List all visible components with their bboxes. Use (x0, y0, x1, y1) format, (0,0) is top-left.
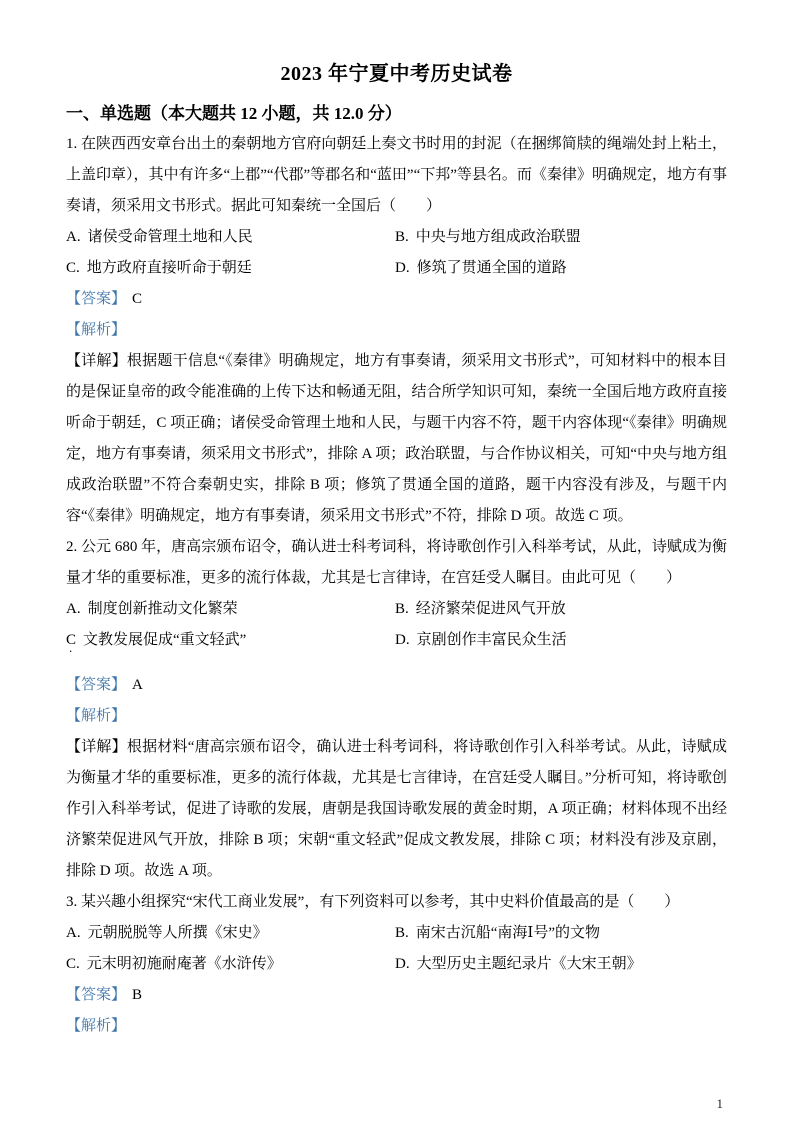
question-2-analysis-line: 【解析】 (66, 701, 727, 732)
option-text: 中央与地方组成政治联盟 (416, 229, 581, 245)
option-text: 元朝脱脱等人所撰《宋史》 (88, 925, 268, 941)
analysis-label: 【解析】 (66, 1018, 126, 1034)
question-1-answer-line: 【答案】C (66, 284, 727, 315)
option-text: 京剧创作丰富民众生活 (417, 632, 567, 648)
option-label: A. (66, 229, 81, 245)
exam-paper-page: 2023 年宁夏中考历史试卷 一、单选题（本大题共 12 小题，共 12.0 分… (0, 0, 793, 1122)
answer-label: 【答案】 (66, 291, 126, 307)
question-1: 1. 在陕西西安章台出土的秦朝地方官府向朝廷上奏文书时用的封泥（在捆绑简牍的绳端… (66, 129, 727, 532)
question-1-option-d: D.修筑了贯通全国的道路 (395, 253, 727, 284)
answer-value: A (132, 677, 143, 693)
option-text: 南宋古沉船“南海Ⅰ号”的文物 (416, 925, 600, 941)
question-1-detail: 【详解】根据题干信息“《秦律》明确规定，地方有事奏请，须采用文书形式”，可知材料… (66, 346, 727, 532)
option-label: B. (395, 229, 409, 245)
question-3-option-c: C.元末明初施耐庵著《水浒传》 (66, 949, 395, 980)
option-text: 经济繁荣促进风气开放 (416, 601, 566, 617)
question-1-option-a: A.诸侯受命管理土地和人民 (66, 222, 395, 253)
answer-label: 【答案】 (66, 987, 126, 1003)
question-2-stem: 2. 公元 680 年，唐高宗颁布诏令，确认进士科考词科，将诗歌创作引入科举考试… (66, 532, 727, 594)
question-3-answer-line: 【答案】B (66, 980, 727, 1011)
question-1-option-b: B.中央与地方组成政治联盟 (395, 222, 727, 253)
option-label: D. (395, 956, 410, 972)
page-title: 2023 年宁夏中考历史试卷 (66, 58, 727, 90)
question-2: 2. 公元 680 年，唐高宗颁布诏令，确认进士科考词科，将诗歌创作引入科举考试… (66, 532, 727, 887)
question-2-option-c: C文教发展促成“重文轻武”. (66, 625, 395, 656)
question-3-stem: 3. 某兴趣小组探究“宋代工商业发展”，有下列资料可以参考，其中史料价值最高的是… (66, 887, 727, 918)
answer-value: C (132, 291, 142, 307)
page-number: 1 (717, 1096, 724, 1112)
option-text: 地方政府直接听命于朝廷 (87, 260, 252, 276)
option-text: 大型历史主题纪录片《大宋王朝》 (417, 956, 642, 972)
option-text: 制度创新推动文化繁荣 (88, 601, 238, 617)
question-3-option-d: D.大型历史主题纪录片《大宋王朝》 (395, 949, 727, 980)
answer-value: B (132, 987, 142, 1003)
option-label: D. (395, 260, 410, 276)
question-1-option-c: C.地方政府直接听命于朝廷 (66, 253, 395, 284)
answer-label: 【答案】 (66, 677, 126, 693)
question-3-option-a: A.元朝脱脱等人所撰《宋史》 (66, 918, 395, 949)
question-2-options: A.制度创新推动文化繁荣 B.经济繁荣促进风气开放 C文教发展促成“重文轻武”.… (66, 594, 727, 656)
question-3-analysis-line: 【解析】 (66, 1011, 727, 1042)
question-2-answer-line: 【答案】A (66, 670, 727, 701)
option-label: A. (66, 601, 81, 617)
section-heading: 一、单选题（本大题共 12 小题，共 12.0 分） (66, 98, 727, 129)
option-text: 修筑了贯通全国的道路 (417, 260, 567, 276)
question-3: 3. 某兴趣小组探究“宋代工商业发展”，有下列资料可以参考，其中史料价值最高的是… (66, 887, 727, 1042)
question-2-detail: 【详解】根据材料“唐高宗颁布诏令，确认进士科考词科，将诗歌创作引入科举考试。从此… (66, 732, 727, 887)
page-content: 2023 年宁夏中考历史试卷 一、单选题（本大题共 12 小题，共 12.0 分… (66, 58, 727, 1042)
option-label: B. (395, 925, 409, 941)
question-2-option-d: D.京剧创作丰富民众生活 (395, 625, 727, 656)
question-1-analysis-line: 【解析】 (66, 315, 727, 346)
question-1-options: A.诸侯受命管理土地和人民 B.中央与地方组成政治联盟 C.地方政府直接听命于朝… (66, 222, 727, 284)
question-3-options: A.元朝脱脱等人所撰《宋史》 B.南宋古沉船“南海Ⅰ号”的文物 C.元末明初施耐… (66, 918, 727, 980)
option-label: D. (395, 632, 410, 648)
option-text: 文教发展促成“重文轻武” (83, 632, 246, 648)
option-label: C. (66, 956, 80, 972)
stray-period-artifact: . (69, 643, 72, 653)
question-2-option-a: A.制度创新推动文化繁荣 (66, 594, 395, 625)
option-text: 诸侯受命管理土地和人民 (88, 229, 253, 245)
question-3-option-b: B.南宋古沉船“南海Ⅰ号”的文物 (395, 918, 727, 949)
question-1-stem: 1. 在陕西西安章台出土的秦朝地方官府向朝廷上奏文书时用的封泥（在捆绑简牍的绳端… (66, 129, 727, 222)
option-label: A. (66, 925, 81, 941)
analysis-label: 【解析】 (66, 708, 126, 724)
option-label: B. (395, 601, 409, 617)
option-label: C. (66, 260, 80, 276)
option-text: 元末明初施耐庵著《水浒传》 (87, 956, 282, 972)
analysis-label: 【解析】 (66, 322, 126, 338)
question-2-option-b: B.经济繁荣促进风气开放 (395, 594, 727, 625)
